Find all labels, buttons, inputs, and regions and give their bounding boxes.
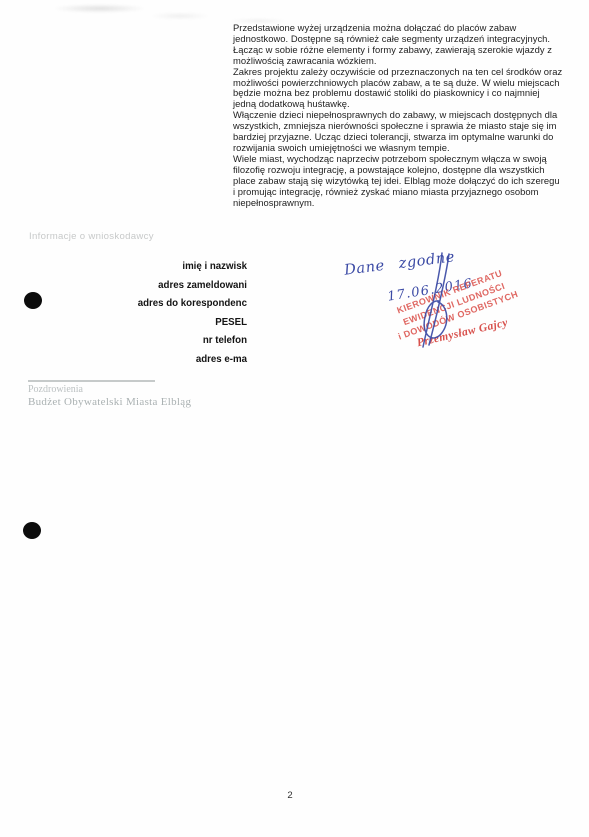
faded-footer-block: Pozdrowienia Budżet Obywatelski Miasta E…	[28, 380, 191, 409]
scan-smudge	[52, 4, 147, 13]
faded-divider-line	[28, 380, 155, 382]
form-field-label: adres e-ma	[60, 351, 247, 370]
faded-footer-line2: Budżet Obywatelski Miasta Elbląg	[28, 396, 191, 409]
hole-punch-top-icon	[24, 292, 42, 309]
body-text-line: place zabaw stają się wizytówką tej idei…	[233, 176, 562, 187]
faded-footer-line1: Pozdrowienia	[28, 384, 191, 396]
handwritten-note: Dane zgodne	[343, 249, 455, 278]
form-field-label: adres zameldowani	[60, 277, 247, 296]
section-label-applicant-info: Informacje o wnioskodawcy	[29, 231, 154, 242]
form-field-label: imię i nazwisk	[60, 258, 247, 277]
body-text-line: i promując integrację, również zyskać mi…	[233, 187, 562, 198]
page-number: 2	[282, 790, 298, 801]
body-text-line: możliwością zawracania wózkiem.	[233, 56, 562, 67]
hole-punch-bottom-icon	[23, 522, 41, 539]
body-text-block: Przedstawione wyżej urządzenia można doł…	[233, 23, 562, 208]
scanned-document-page: Przedstawione wyżej urządzenia można doł…	[0, 0, 589, 837]
form-field-label: PESEL	[60, 314, 247, 333]
form-field-label: nr telefon	[60, 332, 247, 351]
scan-smudge	[150, 12, 210, 20]
body-text-line: niepełnosprawnym.	[233, 198, 562, 209]
form-field-labels: imię i nazwiskadres zameldowaniadres do …	[60, 258, 247, 369]
form-field-label: adres do korespondenc	[60, 295, 247, 314]
body-text-line: Zakres projektu zależy oczywiście od prz…	[233, 67, 562, 78]
